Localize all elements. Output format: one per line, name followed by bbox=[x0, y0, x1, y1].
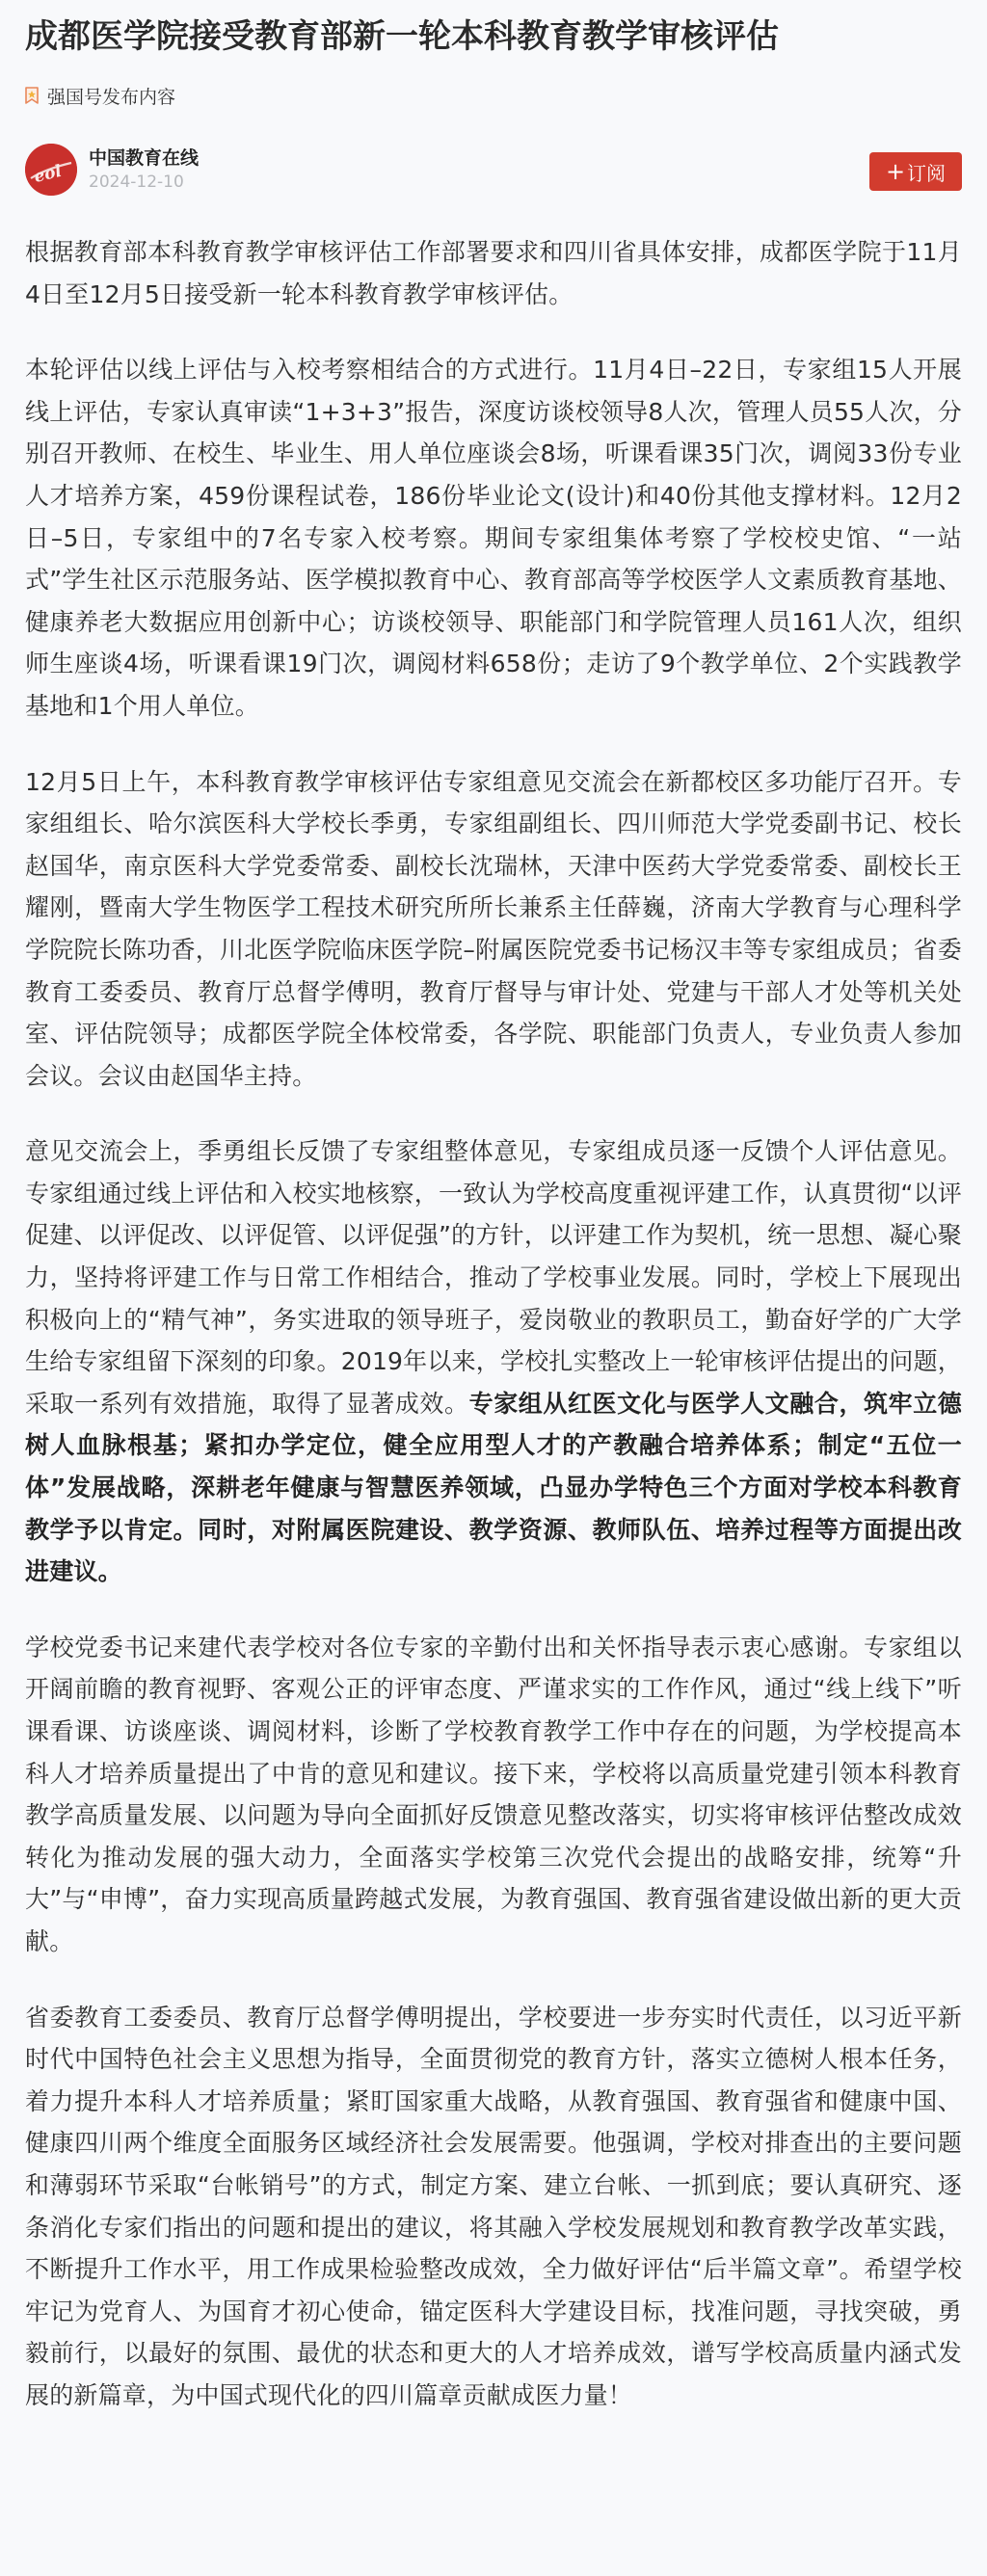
source-row: 强国号发布内容 bbox=[25, 83, 962, 108]
bookmark-star-icon bbox=[25, 87, 39, 104]
paragraph-6: 省委教育工委委员、教育厅总督学傅明提出，学校要进一步夯实时代责任，以习近平新时代… bbox=[25, 1997, 962, 2417]
paragraph-4: 意见交流会上，季勇组长反馈了专家组整体意见，专家组成员逐一反馈个人评估意见。专家… bbox=[25, 1130, 962, 1593]
eol-logo-icon: eol bbox=[25, 144, 77, 196]
paragraph-5: 学校党委书记来建代表学校对各位专家的辛勤付出和关怀指导表示衷心感谢。专家组以开阔… bbox=[25, 1627, 962, 1963]
subscribe-button[interactable]: + 订阅 bbox=[869, 152, 962, 191]
paragraph-2: 本轮评估以线上评估与入校考察相结合的方式进行。11月4日–22日，专家组15人开… bbox=[25, 349, 962, 727]
subscribe-label: 订阅 bbox=[907, 158, 946, 186]
plus-icon: + bbox=[886, 158, 905, 185]
author-info: 中国教育在线 2024-12-10 bbox=[89, 146, 199, 194]
article-body: 根据教育部本科教育教学审核评估工作部署要求和四川省具体安排，成都医学院于11月4… bbox=[25, 231, 962, 2417]
paragraph-3: 12月5日上午，本科教育教学审核评估专家组意见交流会在新都校区多功能厅召开。专家… bbox=[25, 761, 962, 1098]
avatar[interactable]: eol bbox=[25, 144, 77, 196]
paragraph-1: 根据教育部本科教育教学审核评估工作部署要求和四川省具体安排，成都医学院于11月4… bbox=[25, 231, 962, 315]
source-label: 强国号发布内容 bbox=[47, 83, 175, 109]
author-row: eol 中国教育在线 2024-12-10 + 订阅 bbox=[25, 143, 962, 197]
author-name[interactable]: 中国教育在线 bbox=[89, 146, 199, 171]
article-page: 成都医学院接受教育部新一轮本科教育教学审核评估 强国号发布内容 eol 中国教育… bbox=[0, 0, 987, 2470]
publish-date: 2024-12-10 bbox=[89, 171, 199, 194]
article-title: 成都医学院接受教育部新一轮本科教育教学审核评估 bbox=[25, 13, 962, 60]
bold-highlight: 专家组从红医文化与医学人文融合，筑牢立德树人血脉根基；紧扣办学定位，健全应用型人… bbox=[25, 1390, 962, 1585]
